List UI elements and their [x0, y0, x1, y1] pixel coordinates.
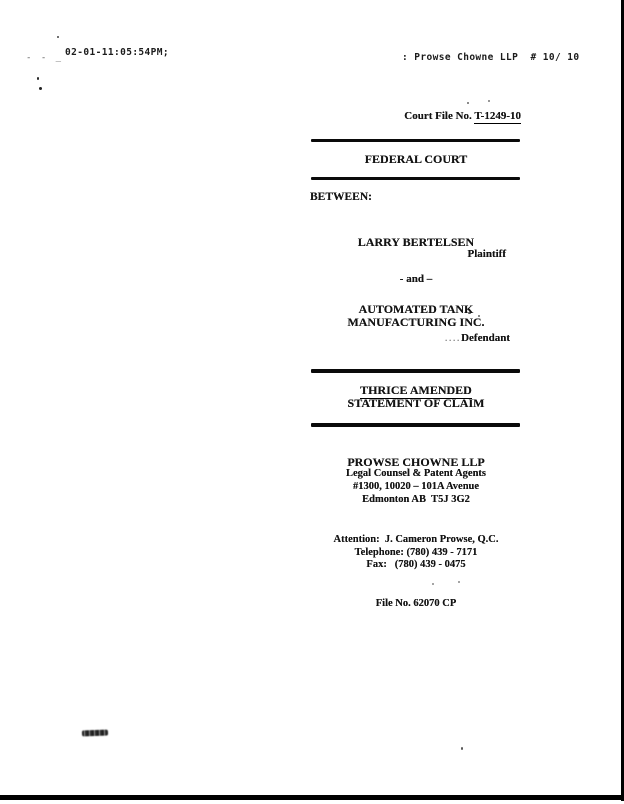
scanned-page: 02-01-11:05:54PM; : Prowse Chowne LLP # …: [0, 0, 624, 804]
attention-line: Attention: J. Cameron Prowse, Q.C.: [310, 534, 522, 545]
scan-speck: [37, 77, 39, 80]
scan-speck: [39, 87, 42, 90]
scan-artifact-dashes: - - _: [26, 53, 63, 63]
court-file-line: Court File No. T-1249-10: [310, 110, 522, 122]
law-firm-description: Legal Counsel & Patent Agents: [310, 468, 522, 479]
between-label: BETWEEN:: [310, 191, 522, 203]
plaintiff-role: Plaintiff: [310, 248, 522, 260]
horizontal-rule: [311, 177, 520, 180]
law-firm-address-line1: #1300, 10020 – 101A Avenue: [310, 481, 522, 492]
telephone-line: Telephone: (780) 439 - 7171: [310, 547, 522, 558]
horizontal-rule: [311, 369, 520, 373]
file-number-line: File No. 62070 CP: [310, 598, 522, 609]
defendant-role-line: . . . . Defendant: [310, 332, 522, 344]
scan-speck: [57, 36, 59, 38]
law-firm-address-line2: Edmonton AB T5J 3G2: [310, 494, 522, 505]
scan-edge-bottom: [0, 795, 624, 800]
scan-dot-leader: . . . .: [445, 334, 461, 343]
document-body: Court File No. T-1249-10 FEDERAL COURT B…: [310, 0, 522, 804]
fax-timestamp: 02-01-11:05:54PM;: [65, 47, 169, 58]
defendant-name-line2: MANUFACTURING INC.: [310, 315, 522, 330]
court-file-number: T-1249-10: [474, 110, 521, 124]
document-title-line2: STATEMENT OF CLAIM: [310, 396, 522, 411]
court-file-label: Court File No.: [404, 110, 474, 122]
horizontal-rule: [311, 139, 520, 142]
horizontal-rule: [311, 423, 520, 427]
court-name: FEDERAL COURT: [310, 152, 522, 167]
fax-line: Fax: (780) 439 - 0475: [310, 559, 522, 570]
parties-separator: - and –: [310, 273, 522, 285]
scan-artifact-smudge: [82, 730, 108, 737]
defendant-role: Defendant: [461, 332, 510, 344]
